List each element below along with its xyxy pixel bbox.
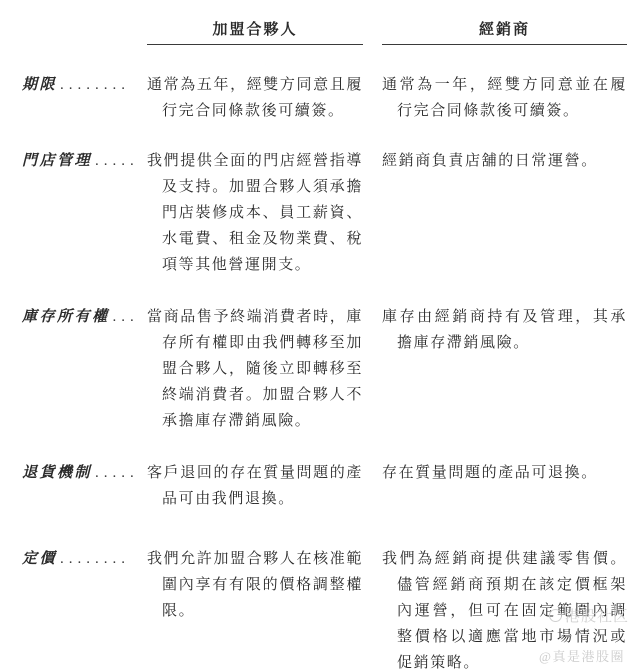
row-label-text: 退貨機制 [22, 465, 92, 481]
header-franchise-partner-label: 加盟合夥人 [147, 18, 363, 45]
row-label-text: 期限 [22, 77, 57, 93]
row-label-text: 門店管理 [22, 153, 92, 169]
leader-dots: ..... [95, 465, 139, 481]
table-row-return-mechanism: 退貨機制..... 客戶退回的存在質量問題的產品可由我們退換。 存在質量問題的產… [22, 460, 632, 512]
table-row-inventory-ownership: 庫存所有權... 當商品售予終端消費者時，庫存所有權即由我們轉移至加盟合夥人，隨… [22, 304, 632, 434]
header-distributor-label: 經銷商 [382, 18, 627, 45]
distributor-cell: 經銷商負責店舖的日常運營。 [382, 148, 627, 278]
distributor-cell: 我們為經銷商提供建議零售價。儘管經銷商預期在該定價框架內運營，但可在固定範圍內調… [382, 546, 627, 672]
cell-text: 當商品售予終端消費者時，庫存所有權即由我們轉移至加盟合夥人，隨後立即轉移至終端消… [147, 304, 363, 434]
leader-dots: ........ [60, 551, 130, 567]
row-label: 退貨機制..... [22, 460, 147, 512]
cell-text: 我們提供全面的門店經營指導及支持。加盟合夥人須承擔門店裝修成本、員工薪資、水電費… [147, 148, 363, 278]
table-header-row: 加盟合夥人 經銷商 [22, 18, 632, 45]
cell-text: 客戶退回的存在質量問題的產品可由我們退換。 [147, 460, 363, 512]
comparison-table: 加盟合夥人 經銷商 期限........ 通常為五年，經雙方同意且履行完合同條款… [0, 0, 632, 672]
leader-dots: ... [113, 309, 139, 325]
row-label: 庫存所有權... [22, 304, 147, 434]
cell-text: 通常為一年，經雙方同意並在履行完合同條款後可續簽。 [382, 72, 627, 124]
franchise-partner-cell: 我們允許加盟合夥人在核准範圍內享有有限的價格調整權限。 [147, 546, 382, 672]
table-row-term: 期限........ 通常為五年，經雙方同意且履行完合同條款後可續簽。 通常為一… [22, 72, 632, 124]
row-label: 期限........ [22, 72, 147, 124]
row-label: 定價........ [22, 546, 147, 672]
leader-dots: ..... [95, 153, 139, 169]
distributor-cell: 庫存由經銷商持有及管理，其承擔庫存滯銷風險。 [382, 304, 627, 434]
franchise-partner-cell: 當商品售予終端消費者時，庫存所有權即由我們轉移至加盟合夥人，隨後立即轉移至終端消… [147, 304, 382, 434]
distributor-cell: 通常為一年，經雙方同意並在履行完合同條款後可續簽。 [382, 72, 627, 124]
table-row-pricing: 定價........ 我們允許加盟合夥人在核准範圍內享有有限的價格調整權限。 我… [22, 546, 632, 672]
row-label: 門店管理..... [22, 148, 147, 278]
franchise-partner-cell: 通常為五年，經雙方同意且履行完合同條款後可續簽。 [147, 72, 382, 124]
row-label-text: 庫存所有權 [22, 309, 110, 325]
franchise-partner-cell: 客戶退回的存在質量問題的產品可由我們退換。 [147, 460, 382, 512]
leader-dots: ........ [60, 77, 130, 93]
cell-text: 經銷商負責店舖的日常運營。 [382, 148, 627, 174]
cell-text: 通常為五年，經雙方同意且履行完合同條款後可續簽。 [147, 72, 363, 124]
cell-text: 庫存由經銷商持有及管理，其承擔庫存滯銷風險。 [382, 304, 627, 356]
row-label-text: 定價 [22, 551, 57, 567]
header-spacer [22, 18, 147, 45]
header-distributor: 經銷商 [382, 18, 627, 45]
table-row-store-management: 門店管理..... 我們提供全面的門店經營指導及支持。加盟合夥人須承擔門店裝修成… [22, 148, 632, 278]
header-franchise-partner: 加盟合夥人 [147, 18, 382, 45]
cell-text: 存在質量問題的產品可退換。 [382, 460, 627, 486]
cell-text: 我們為經銷商提供建議零售價。儘管經銷商預期在該定價框架內運營，但可在固定範圍內調… [382, 546, 627, 672]
cell-text: 我們允許加盟合夥人在核准範圍內享有有限的價格調整權限。 [147, 546, 363, 624]
franchise-partner-cell: 我們提供全面的門店經營指導及支持。加盟合夥人須承擔門店裝修成本、員工薪資、水電費… [147, 148, 382, 278]
distributor-cell: 存在質量問題的產品可退換。 [382, 460, 627, 512]
